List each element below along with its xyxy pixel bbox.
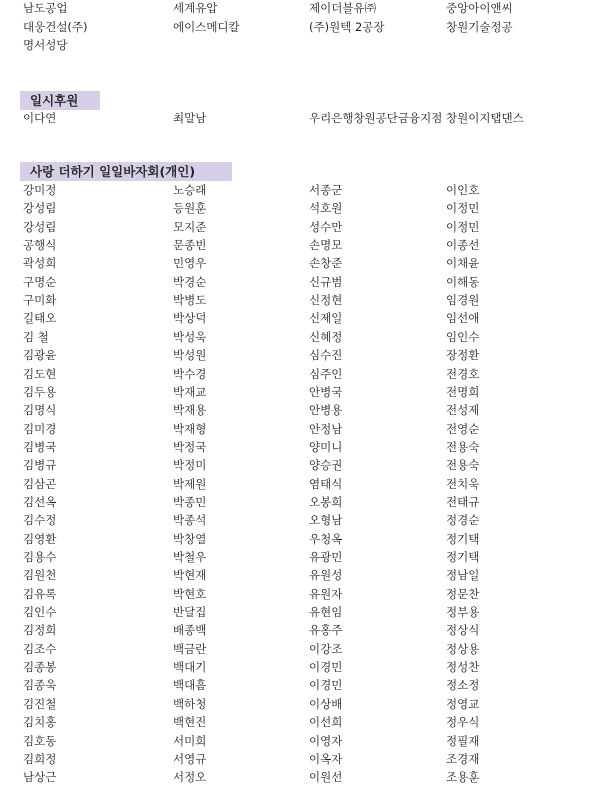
donor-name: 이정민 <box>446 199 479 218</box>
donor-name: 백하청 <box>173 695 206 714</box>
name-row: 김도현박수경심주인전경호 <box>0 365 600 384</box>
donor-name: 박제원 <box>173 475 206 494</box>
name-row: 김종욱백대흠이경민정소정 <box>0 676 600 695</box>
donor-name: 유원자 <box>309 585 342 604</box>
name-row: 김유록박현호유원자정문찬 <box>0 585 600 604</box>
name-row: 김용수박철우유광민정기택 <box>0 548 600 567</box>
donor-name: 강미정 <box>23 181 56 200</box>
donor-name: 이경민 <box>309 658 342 677</box>
name-row: 구명순박경순신규범이해동 <box>0 273 600 292</box>
donor-name: 우청옥 <box>309 530 342 549</box>
donor-name: 백대기 <box>173 658 206 677</box>
donor-name: 조경재 <box>446 750 479 769</box>
donor-name: 이채윤 <box>446 254 479 273</box>
donor-name: 박재형 <box>173 420 206 439</box>
donor-name: 박성원 <box>173 346 206 365</box>
name-row: 김수정박종석오형남정경순 <box>0 511 600 530</box>
donor-name: 김종봉 <box>23 658 56 677</box>
donor-name: 최말남 <box>173 109 206 128</box>
donor-name: 김영환 <box>23 530 56 549</box>
name-row: 명서성당 <box>0 36 600 55</box>
donor-name: 공행식 <box>23 236 56 255</box>
donor-name: 김수정 <box>23 511 56 530</box>
donor-name: 박경순 <box>173 273 206 292</box>
donor-name: 염태식 <box>309 475 342 494</box>
donor-name: 중앙아이앤씨 <box>446 0 513 18</box>
donor-name: 김선옥 <box>23 493 56 512</box>
donor-name: 구미화 <box>23 291 56 310</box>
donor-name: 정상식 <box>446 621 479 640</box>
donor-name: 안정남 <box>309 420 342 439</box>
donor-name: 김희정 <box>23 750 56 769</box>
donor-name: 창원이지탭댄스 <box>446 109 524 128</box>
donor-name: 정우식 <box>446 713 479 732</box>
donor-name: 안병국 <box>309 383 342 402</box>
name-row: 공행식문종빈손명모이종선 <box>0 236 600 255</box>
donor-name: 전치욱 <box>446 475 479 494</box>
donor-name: 김진철 <box>23 695 56 714</box>
donor-name: 민영우 <box>173 254 206 273</box>
donor-name: 임선애 <box>446 309 479 328</box>
donor-name: 에이스메디칼 <box>173 18 240 37</box>
donor-name: 김 철 <box>23 328 49 347</box>
donor-name: 정소정 <box>446 676 479 695</box>
donor-name: 대웅건설(주) <box>23 18 88 37</box>
donor-name: 강성림 <box>23 199 56 218</box>
name-row: 김미경박재형안정남전영순 <box>0 420 600 439</box>
donor-name: 박성욱 <box>173 328 206 347</box>
donor-name: 조용훈 <box>446 768 479 787</box>
donor-name: 임경원 <box>446 291 479 310</box>
name-row: 김두용박재교안병국전명희 <box>0 383 600 402</box>
donor-name: 정필재 <box>446 732 479 751</box>
name-row: 김선옥박종민오봉희전태규 <box>0 493 600 512</box>
donor-name: 심수진 <box>309 346 342 365</box>
name-row: 김병규박정미양승권전용숙 <box>0 456 600 475</box>
donor-name: 박재교 <box>173 383 206 402</box>
donor-name: 심주인 <box>309 365 342 384</box>
name-row: 이다연최말남우리은행창원공단금융지점창원이지탭댄스 <box>0 109 600 128</box>
donor-name: 이종선 <box>446 236 479 255</box>
section-header-love-plus-bazaar: 사랑 더하기 일일바자회(개인) <box>20 162 232 181</box>
donor-name: 김유록 <box>23 585 56 604</box>
name-row: 김인수반달집유현임정부용 <box>0 603 600 622</box>
donor-name: 손창준 <box>309 254 342 273</box>
donor-name: 박창열 <box>173 530 206 549</box>
name-row: 김 철박성욱신혜정임인수 <box>0 328 600 347</box>
donor-name: 김삼곤 <box>23 475 56 494</box>
donor-name: 박상덕 <box>173 309 206 328</box>
name-row: 강성림등원훈석호원이정민 <box>0 199 600 218</box>
donor-name: 정상용 <box>446 640 479 659</box>
donor-name: 우리은행창원공단금융지점 <box>309 109 442 128</box>
donor-name: 김명식 <box>23 401 56 420</box>
donor-name: 모지준 <box>173 218 206 237</box>
donor-name: 김광윤 <box>23 346 56 365</box>
donor-name: 이다연 <box>23 109 56 128</box>
name-row: 김희정서영규이옥자조경재 <box>0 750 600 769</box>
donor-name: 이옥자 <box>309 750 342 769</box>
donor-name: 정문찬 <box>446 585 479 604</box>
donor-name: 신혜정 <box>309 328 342 347</box>
donor-name: 김치홍 <box>23 713 56 732</box>
donor-name: 유현임 <box>309 603 342 622</box>
donor-name: 강성림 <box>23 218 56 237</box>
donor-name: 이강조 <box>309 640 342 659</box>
donor-name: 유광민 <box>309 548 342 567</box>
name-row: 강미정노승래서종군이인호 <box>0 181 600 200</box>
donor-name: 유원성 <box>309 566 342 585</box>
donor-name: 전경호 <box>446 365 479 384</box>
donor-name: 김도현 <box>23 365 56 384</box>
donor-name: 곽성희 <box>23 254 56 273</box>
donor-name: 신정현 <box>309 291 342 310</box>
donor-name: 이영자 <box>309 732 342 751</box>
name-row: 구미화박병도신정현임경원 <box>0 291 600 310</box>
name-row: 남도공업세계유압제이더블유㈜중앙아이앤씨 <box>0 0 600 18</box>
donor-name: 전영순 <box>446 420 479 439</box>
donor-name: 이선희 <box>309 713 342 732</box>
donor-name: 김용수 <box>23 548 56 567</box>
name-row: 김병국박정국양미니전용숙 <box>0 438 600 457</box>
name-row: 김호동서미희이영자정필재 <box>0 732 600 751</box>
donor-name: 박종석 <box>173 511 206 530</box>
donor-name: 백현진 <box>173 713 206 732</box>
name-row: 대웅건설(주)에이스메디칼(주)원텍 2공장창원기술정공 <box>0 18 600 37</box>
donor-name: 서미희 <box>173 732 206 751</box>
donor-name: 전용숙 <box>446 456 479 475</box>
donor-name: 석호원 <box>309 199 342 218</box>
donor-name: 정남일 <box>446 566 479 585</box>
donor-name: 박정미 <box>173 456 206 475</box>
donor-name: 김조수 <box>23 640 56 659</box>
donor-name: 신규범 <box>309 273 342 292</box>
donor-name: 구명순 <box>23 273 56 292</box>
donor-name: 박철우 <box>173 548 206 567</box>
donor-name: 장정환 <box>446 346 479 365</box>
donor-name: 김종욱 <box>23 676 56 695</box>
donor-name: 이원선 <box>309 768 342 787</box>
name-row: 김조수백금란이강조정상용 <box>0 640 600 659</box>
name-row: 김명식박재용안병용전성제 <box>0 401 600 420</box>
donor-name: 남도공업 <box>23 0 67 18</box>
donor-name: 등원훈 <box>173 199 206 218</box>
donor-name: 안병용 <box>309 401 342 420</box>
donor-name: 정기택 <box>446 548 479 567</box>
donor-name: 김인수 <box>23 603 56 622</box>
donor-name: 박정국 <box>173 438 206 457</box>
donor-name: 전태규 <box>446 493 479 512</box>
donor-name: 반달집 <box>173 603 206 622</box>
donor-name: 양승권 <box>309 456 342 475</box>
donor-name: 오형남 <box>309 511 342 530</box>
donor-name: 이상배 <box>309 695 342 714</box>
name-row: 길태오박상덕신제일임선애 <box>0 309 600 328</box>
name-row: 김진철백하청이상배정영교 <box>0 695 600 714</box>
donor-name: 남상근 <box>23 768 56 787</box>
donor-name: 박병도 <box>173 291 206 310</box>
donor-name: 김정희 <box>23 621 56 640</box>
donor-name: 정기택 <box>446 530 479 549</box>
donor-name: 배종백 <box>173 621 206 640</box>
donor-name: 임인수 <box>446 328 479 347</box>
donor-name: 창원기술정공 <box>446 18 513 37</box>
donor-name: 정부용 <box>446 603 479 622</box>
name-row: 김광윤박성원심수진장정환 <box>0 346 600 365</box>
donor-name: 전성제 <box>446 401 479 420</box>
donor-name: (주)원텍 2공장 <box>309 18 385 37</box>
donor-name: 이정민 <box>446 218 479 237</box>
name-row: 남상근서정오이원선조용훈 <box>0 768 600 787</box>
donor-name: 전명희 <box>446 383 479 402</box>
donor-name: 길태오 <box>23 309 56 328</box>
donor-name: 정성찬 <box>446 658 479 677</box>
name-row: 김치홍백현진이선희정우식 <box>0 713 600 732</box>
donor-name: 성수만 <box>309 218 342 237</box>
donor-name: 양미니 <box>309 438 342 457</box>
donor-name: 서영규 <box>173 750 206 769</box>
donor-name: 박현호 <box>173 585 206 604</box>
donor-name: 정경순 <box>446 511 479 530</box>
name-row: 김정희배종백유홍주정상식 <box>0 621 600 640</box>
name-row: 김삼곤박제원염태식전치욱 <box>0 475 600 494</box>
donor-name: 이인호 <box>446 181 479 200</box>
donor-name: 김호동 <box>23 732 56 751</box>
donor-name: 이경민 <box>309 676 342 695</box>
donor-name: 서정오 <box>173 768 206 787</box>
name-row: 김영환박창열우청옥정기택 <box>0 530 600 549</box>
donor-name: 김원천 <box>23 566 56 585</box>
donor-name: 박수경 <box>173 365 206 384</box>
donor-name: 서종군 <box>309 181 342 200</box>
donor-name: 손명모 <box>309 236 342 255</box>
donor-name: 오봉희 <box>309 493 342 512</box>
donor-name: 김두용 <box>23 383 56 402</box>
donor-name: 명서성당 <box>23 36 67 55</box>
name-row: 김종봉백대기이경민정성찬 <box>0 658 600 677</box>
donor-name: 백금란 <box>173 640 206 659</box>
donor-name: 김병규 <box>23 456 56 475</box>
donor-name: 제이더블유㈜ <box>309 0 376 18</box>
donor-name: 김병국 <box>23 438 56 457</box>
donor-name: 전용숙 <box>446 438 479 457</box>
donor-name: 유홍주 <box>309 621 342 640</box>
section-header-temporary-support: 일시후원 <box>20 91 100 110</box>
donor-name: 박재용 <box>173 401 206 420</box>
donor-name: 노승래 <box>173 181 206 200</box>
donor-name: 이해동 <box>446 273 479 292</box>
donor-name: 세계유압 <box>173 0 217 18</box>
name-row: 김원천박현재유원성정남일 <box>0 566 600 585</box>
donor-name: 박종민 <box>173 493 206 512</box>
donor-name: 김미경 <box>23 420 56 439</box>
name-row: 곽성희민영우손창준이채윤 <box>0 254 600 273</box>
donor-name: 백대흠 <box>173 676 206 695</box>
name-row: 강성림모지준성수만이정민 <box>0 218 600 237</box>
donor-name: 정영교 <box>446 695 479 714</box>
donor-name: 박현재 <box>173 566 206 585</box>
donor-name: 문종빈 <box>173 236 206 255</box>
donor-name: 신제일 <box>309 309 342 328</box>
